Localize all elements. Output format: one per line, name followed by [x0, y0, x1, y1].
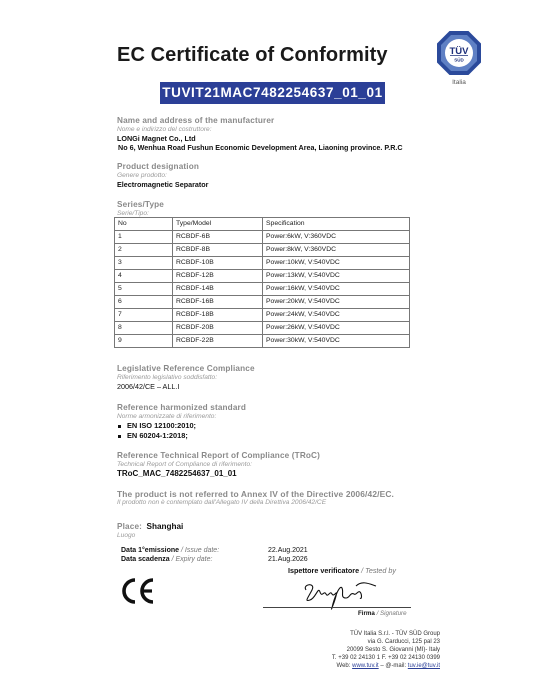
- annex-section: The product is not referred to Annex IV …: [117, 489, 457, 507]
- table-row: 4RCBDF-12BPower:13kW, V:540VDC: [115, 270, 410, 283]
- row-model: RCBDF-8B: [173, 244, 263, 257]
- table-row: 9RCBDF-22BPower:30kW, V:540VDC: [115, 335, 410, 348]
- row-specification: Power:10kW, V:540VDC: [263, 257, 410, 270]
- row-model: RCBDF-6B: [173, 231, 263, 244]
- signature-line: [263, 607, 411, 608]
- manufacturer-name: LONGi Magnet Co., Ltd: [117, 134, 457, 143]
- row-specification: Power:8kW, V:360VDC: [263, 244, 410, 257]
- table-row: 7RCBDF-18BPower:24kW, V:540VDC: [115, 309, 410, 322]
- tested-by-label: Ispettore verificatore / Tested by: [288, 566, 396, 575]
- product-section: Product designation Genere prodotto: Ele…: [117, 162, 457, 189]
- firma-it: Firma: [358, 610, 375, 617]
- annex-statement-it: Il prodotto non è contemplato dall'Alleg…: [117, 499, 457, 507]
- product-value: Electromagnetic Separator: [117, 180, 457, 189]
- footer-address: TÜV Italia S.r.l. - TÜV SÜD Group via G.…: [270, 630, 440, 670]
- column-header-specification: Specification: [263, 218, 410, 231]
- expiry-date-label-en: / Expiry date:: [172, 556, 213, 563]
- row-specification: Power:16kW, V:540VDC: [263, 283, 410, 296]
- page-title: EC Certificate of Conformity: [117, 44, 388, 67]
- date-values: 22.Aug.2021 21.Aug.2026: [268, 546, 308, 564]
- standards-list: EN ISO 12100:2010; EN 60204-1:2018;: [117, 421, 457, 441]
- row-no: 5: [115, 283, 173, 296]
- series-table: No Type/Model Specification 1RCBDF-6BPow…: [114, 217, 410, 348]
- legislative-heading-it: Riferimento legislativo soddisfatto:: [117, 374, 457, 382]
- svg-text:SÜD: SÜD: [454, 57, 464, 63]
- row-no: 2: [115, 244, 173, 257]
- manufacturer-heading-it: Nome e indirizzo del costruttore:: [117, 126, 457, 134]
- place-section: Place: Shanghai Luogo: [117, 520, 457, 540]
- troc-heading: Reference Technical Report of Compliance…: [117, 451, 457, 461]
- issue-date-row: Data 1°emissione / Issue date: Data scad…: [121, 546, 219, 564]
- place-label: Place:: [117, 522, 142, 531]
- footer-mail-link[interactable]: tuv.ie@tuv.it: [408, 663, 440, 669]
- row-model: RCBDF-10B: [173, 257, 263, 270]
- tuv-sud-logo-icon: TÜV SÜD: [436, 30, 482, 76]
- row-specification: Power:24kW, V:540VDC: [263, 309, 410, 322]
- standards-section: Reference harmonized standard Norme armo…: [117, 403, 457, 441]
- row-model: RCBDF-16B: [173, 296, 263, 309]
- ce-mark-icon: [121, 577, 155, 612]
- standard-item: EN ISO 12100:2010;: [117, 421, 457, 431]
- table-row: 8RCBDF-20BPower:26kW, V:540VDC: [115, 322, 410, 335]
- legislative-section: Legislative Reference Compliance Riferim…: [117, 364, 457, 391]
- place-value: Shanghai: [146, 522, 183, 531]
- annex-statement: The product is not referred to Annex IV …: [117, 489, 457, 499]
- issue-date-value: 22.Aug.2021: [268, 546, 308, 555]
- footer-mail-label: – @-mail:: [380, 663, 406, 669]
- standard-item: EN 60204-1:2018;: [117, 431, 457, 441]
- row-model: RCBDF-18B: [173, 309, 263, 322]
- issue-date-label-en: / Issue date:: [181, 547, 219, 554]
- manufacturer-section: Name and address of the manufacturer Nom…: [117, 116, 457, 152]
- row-model: RCBDF-12B: [173, 270, 263, 283]
- tested-by-en: / Tested by: [361, 566, 396, 575]
- row-model: RCBDF-20B: [173, 322, 263, 335]
- footer-web-label: Web:: [337, 663, 351, 669]
- row-specification: Power:13kW, V:540VDC: [263, 270, 410, 283]
- signature-label: Firma / Signature: [358, 609, 407, 618]
- expiry-date-value: 21.Aug.2026: [268, 555, 308, 564]
- series-section: Series/Type Serie/Tipo:: [117, 200, 457, 218]
- row-no: 6: [115, 296, 173, 309]
- row-no: 8: [115, 322, 173, 335]
- row-model: RCBDF-14B: [173, 283, 263, 296]
- troc-value: TRoC_MAC_7482254637_01_01: [117, 469, 457, 479]
- issue-date-label-it: Data 1°emissione: [121, 547, 179, 554]
- table-row: 3RCBDF-10BPower:10kW, V:540VDC: [115, 257, 410, 270]
- table-row: 2RCBDF-8BPower:8kW, V:360VDC: [115, 244, 410, 257]
- legislative-heading: Legislative Reference Compliance: [117, 364, 457, 374]
- row-no: 1: [115, 231, 173, 244]
- series-heading: Series/Type: [117, 200, 457, 210]
- manufacturer-address: No 6, Wenhua Road Fushun Economic Develo…: [117, 143, 457, 152]
- legislative-value: 2006/42/CE – ALL.I: [117, 382, 457, 391]
- table-row: 1RCBDF-6BPower:6kW, V:360VDC: [115, 231, 410, 244]
- row-no: 4: [115, 270, 173, 283]
- row-specification: Power:26kW, V:540VDC: [263, 322, 410, 335]
- footer-line1: TÜV Italia S.r.l. - TÜV SÜD Group: [270, 630, 440, 638]
- troc-heading-it: Technical Report of Compliance di riferi…: [117, 461, 457, 469]
- table-header-row: No Type/Model Specification: [115, 218, 410, 231]
- table-row: 5RCBDF-14BPower:16kW, V:540VDC: [115, 283, 410, 296]
- product-heading-it: Genere prodotto:: [117, 172, 457, 180]
- column-header-model: Type/Model: [173, 218, 263, 231]
- table-row: 6RCBDF-16BPower:20kW, V:540VDC: [115, 296, 410, 309]
- row-model: RCBDF-22B: [173, 335, 263, 348]
- footer-web-link[interactable]: www.tuv.it: [352, 663, 379, 669]
- troc-section: Reference Technical Report of Compliance…: [117, 451, 457, 479]
- tested-by-it: Ispettore verificatore: [288, 566, 359, 575]
- footer-line4: T. +39 02 24130 1 F. +39 02 24130 0399: [270, 654, 440, 662]
- expiry-date-label-it: Data scadenza: [121, 556, 170, 563]
- manufacturer-heading: Name and address of the manufacturer: [117, 116, 457, 126]
- standards-heading-it: Norme armonizzate di riferimento:: [117, 413, 457, 421]
- product-heading: Product designation: [117, 162, 457, 172]
- row-no: 9: [115, 335, 173, 348]
- logo-label: Italia: [436, 79, 482, 86]
- row-no: 7: [115, 309, 173, 322]
- firma-en: / Signature: [377, 610, 407, 617]
- column-header-no: No: [115, 218, 173, 231]
- row-specification: Power:6kW, V:360VDC: [263, 231, 410, 244]
- place-label-it: Luogo: [117, 532, 457, 540]
- footer-line3: 20099 Sesto S. Giovanni (MI)- Italy: [270, 646, 440, 654]
- certificate-number: TUVIT21MAC7482254637_01_01: [160, 82, 385, 104]
- footer-line2: via G. Carducci, 125 pal 23: [270, 638, 440, 646]
- row-specification: Power:30kW, V:540VDC: [263, 335, 410, 348]
- row-no: 3: [115, 257, 173, 270]
- standards-heading: Reference harmonized standard: [117, 403, 457, 413]
- row-specification: Power:20kW, V:540VDC: [263, 296, 410, 309]
